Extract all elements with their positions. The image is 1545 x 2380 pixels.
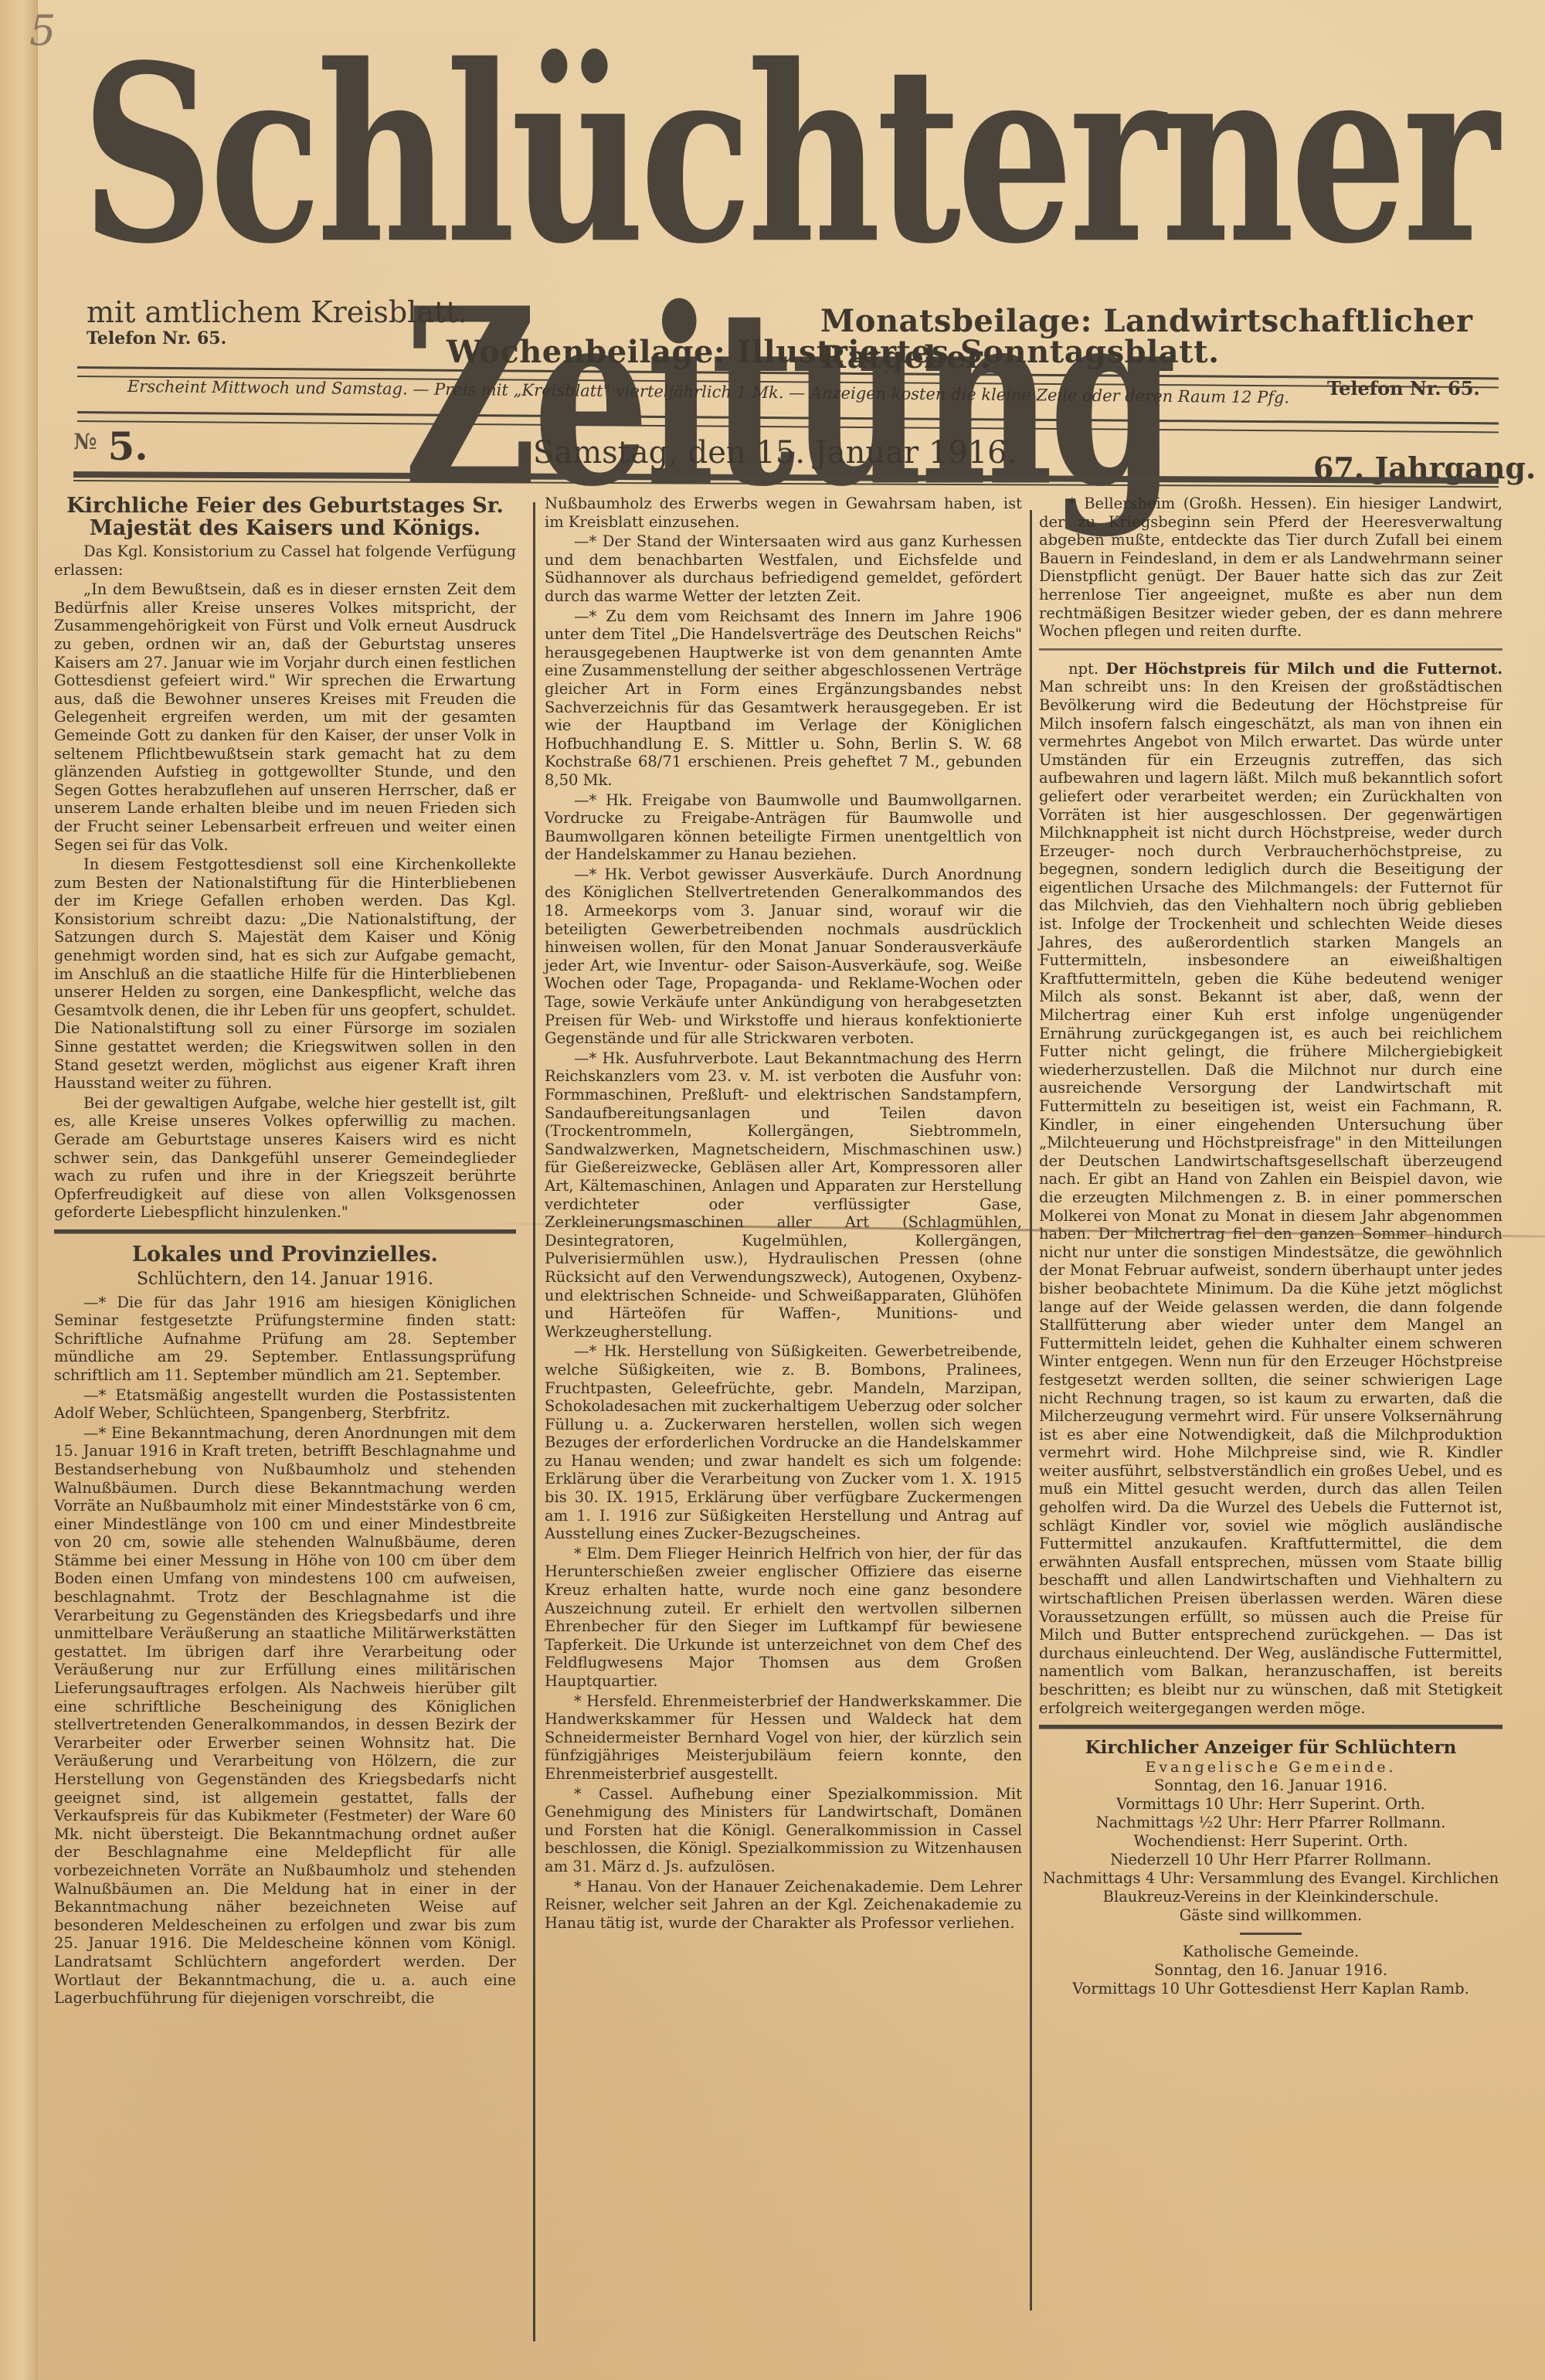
news-item: * Hersfeld. Ehrenmeisterbrief der Handwe…: [545, 1692, 1022, 1783]
service-line: Nachmittags 4 Uhr: Versammlung des Evang…: [1039, 1869, 1503, 1906]
news-item: —* Hk. Verbot gewisser Ausverkäufe. Durc…: [545, 865, 1022, 1048]
article-milk: npt. Der Höchstpreis für Milch und die F…: [1039, 660, 1503, 1717]
article-source: npt.: [1068, 660, 1098, 678]
news-item: —* Hk. Ausfuhrverbote. Laut Bekanntmachu…: [545, 1049, 1022, 1341]
local-news-item: —* Die für das Jahr 1916 am hiesigen Kön…: [54, 1294, 516, 1385]
service-line: Niederzell 10 Uhr Herr Pfarrer Rollmann.: [1039, 1851, 1503, 1869]
headline-milk: Der Höchstpreis für Milch und die Futter…: [1105, 660, 1503, 678]
church-divider: [1240, 1933, 1302, 1935]
news-item: * Elm. Dem Flieger Heinrich Helfrich von…: [545, 1545, 1022, 1691]
issue-number: №5.: [73, 423, 148, 469]
article-body: Man schreibt uns: In den Kreisen der gro…: [1039, 678, 1503, 1716]
catholic-heading: Katholische Gemeinde.: [1039, 1943, 1503, 1961]
evangelical-heading: Evangelische Gemeinde.: [1039, 1759, 1503, 1777]
section-title-lokales: Lokales und Provinzielles.: [54, 1243, 516, 1266]
news-item-bellersheim: * Bellersheim (Großh. Hessen). Ein hiesi…: [1039, 495, 1503, 641]
telefon-left: Telefon Nr. 65.: [87, 328, 226, 348]
column-3: * Bellersheim (Großh. Hessen). Ein hiesi…: [1039, 495, 1503, 1998]
news-item: —* Zu dem vom Reichsamt des Innern im Ja…: [545, 607, 1022, 790]
service-line: Wochendienst: Herr Superint. Orth.: [1039, 1832, 1503, 1851]
paragraph: „In dem Bewußtsein, daß es in dieser ern…: [54, 580, 516, 854]
dateline: Schlüchtern, den 14. Januar 1916.: [54, 1270, 516, 1289]
catholic-date: Sonntag, den 16. Januar 1916.: [1039, 1961, 1503, 1980]
item-divider: [1039, 648, 1503, 651]
news-item: Nußbaumholz des Erwerbs wegen in Gewahrs…: [545, 495, 1022, 531]
news-item: * Cassel. Aufhebung einer Spezialkommiss…: [545, 1785, 1022, 1876]
evangelical-date: Sonntag, den 16. Januar 1916.: [1039, 1776, 1503, 1795]
subtitle: mit amtlichem Kreisblatt.: [87, 295, 467, 329]
section-divider: [54, 1229, 516, 1234]
column-separator-2: [1030, 510, 1032, 2310]
service-line: Vormittags 10 Uhr: Herr Superint. Orth.: [1039, 1795, 1503, 1814]
service-line: Vormittags 10 Uhr Gottesdienst Herr Kapl…: [1039, 1980, 1503, 1998]
service-line: Gäste sind willkommen.: [1039, 1906, 1503, 1925]
news-item: * Hanau. Von der Hanauer Zeichenakademie…: [545, 1878, 1022, 1933]
issue-date: Samstag, den 15. Januar 1916.: [533, 435, 1017, 471]
column-2: Nußbaumholz des Erwerbs wegen in Gewahrs…: [545, 495, 1022, 1933]
local-news-item: —* Etatsmäßig angestellt wurden die Post…: [54, 1386, 516, 1423]
binding-edge: [0, 0, 38, 2380]
section-divider: [1039, 1725, 1503, 1729]
wochenbeilage: Wochenbeilage: Illustriertes Sonntagsbla…: [447, 334, 1220, 370]
church-notices-title: Kirchlicher Anzeiger für Schlüchtern: [1039, 1739, 1503, 1757]
numero-symbol: №: [73, 429, 97, 454]
paragraph: Das Kgl. Konsistorium zu Cassel hat folg…: [54, 542, 516, 579]
church-notices: Kirchlicher Anzeiger für Schlüchtern Eva…: [1039, 1739, 1503, 1998]
local-news-item: —* Eine Bekanntmachung, deren Anordnunge…: [54, 1424, 516, 2008]
news-item: —* Hk. Freigabe von Baumwolle und Baumwo…: [545, 791, 1022, 864]
service-line: Nachmittags ½2 Uhr: Herr Pfarrer Rollman…: [1039, 1814, 1503, 1832]
news-item: —* Der Stand der Wintersaaten wird aus g…: [545, 532, 1022, 605]
paragraph: In diesem Festgottesdienst soll eine Kir…: [54, 855, 516, 1093]
paragraph: Bei der gewaltigen Aufgabe, welche hier …: [54, 1094, 516, 1222]
column-separator-1: [533, 502, 535, 2341]
news-item: —* Hk. Herstellung von Süßigkeiten. Gewe…: [545, 1342, 1022, 1543]
headline-kaiser-geburtstag: Kirchliche Feier des Geburtstages Sr. Ma…: [54, 495, 516, 539]
column-1: Kirchliche Feier des Geburtstages Sr. Ma…: [54, 495, 516, 2009]
